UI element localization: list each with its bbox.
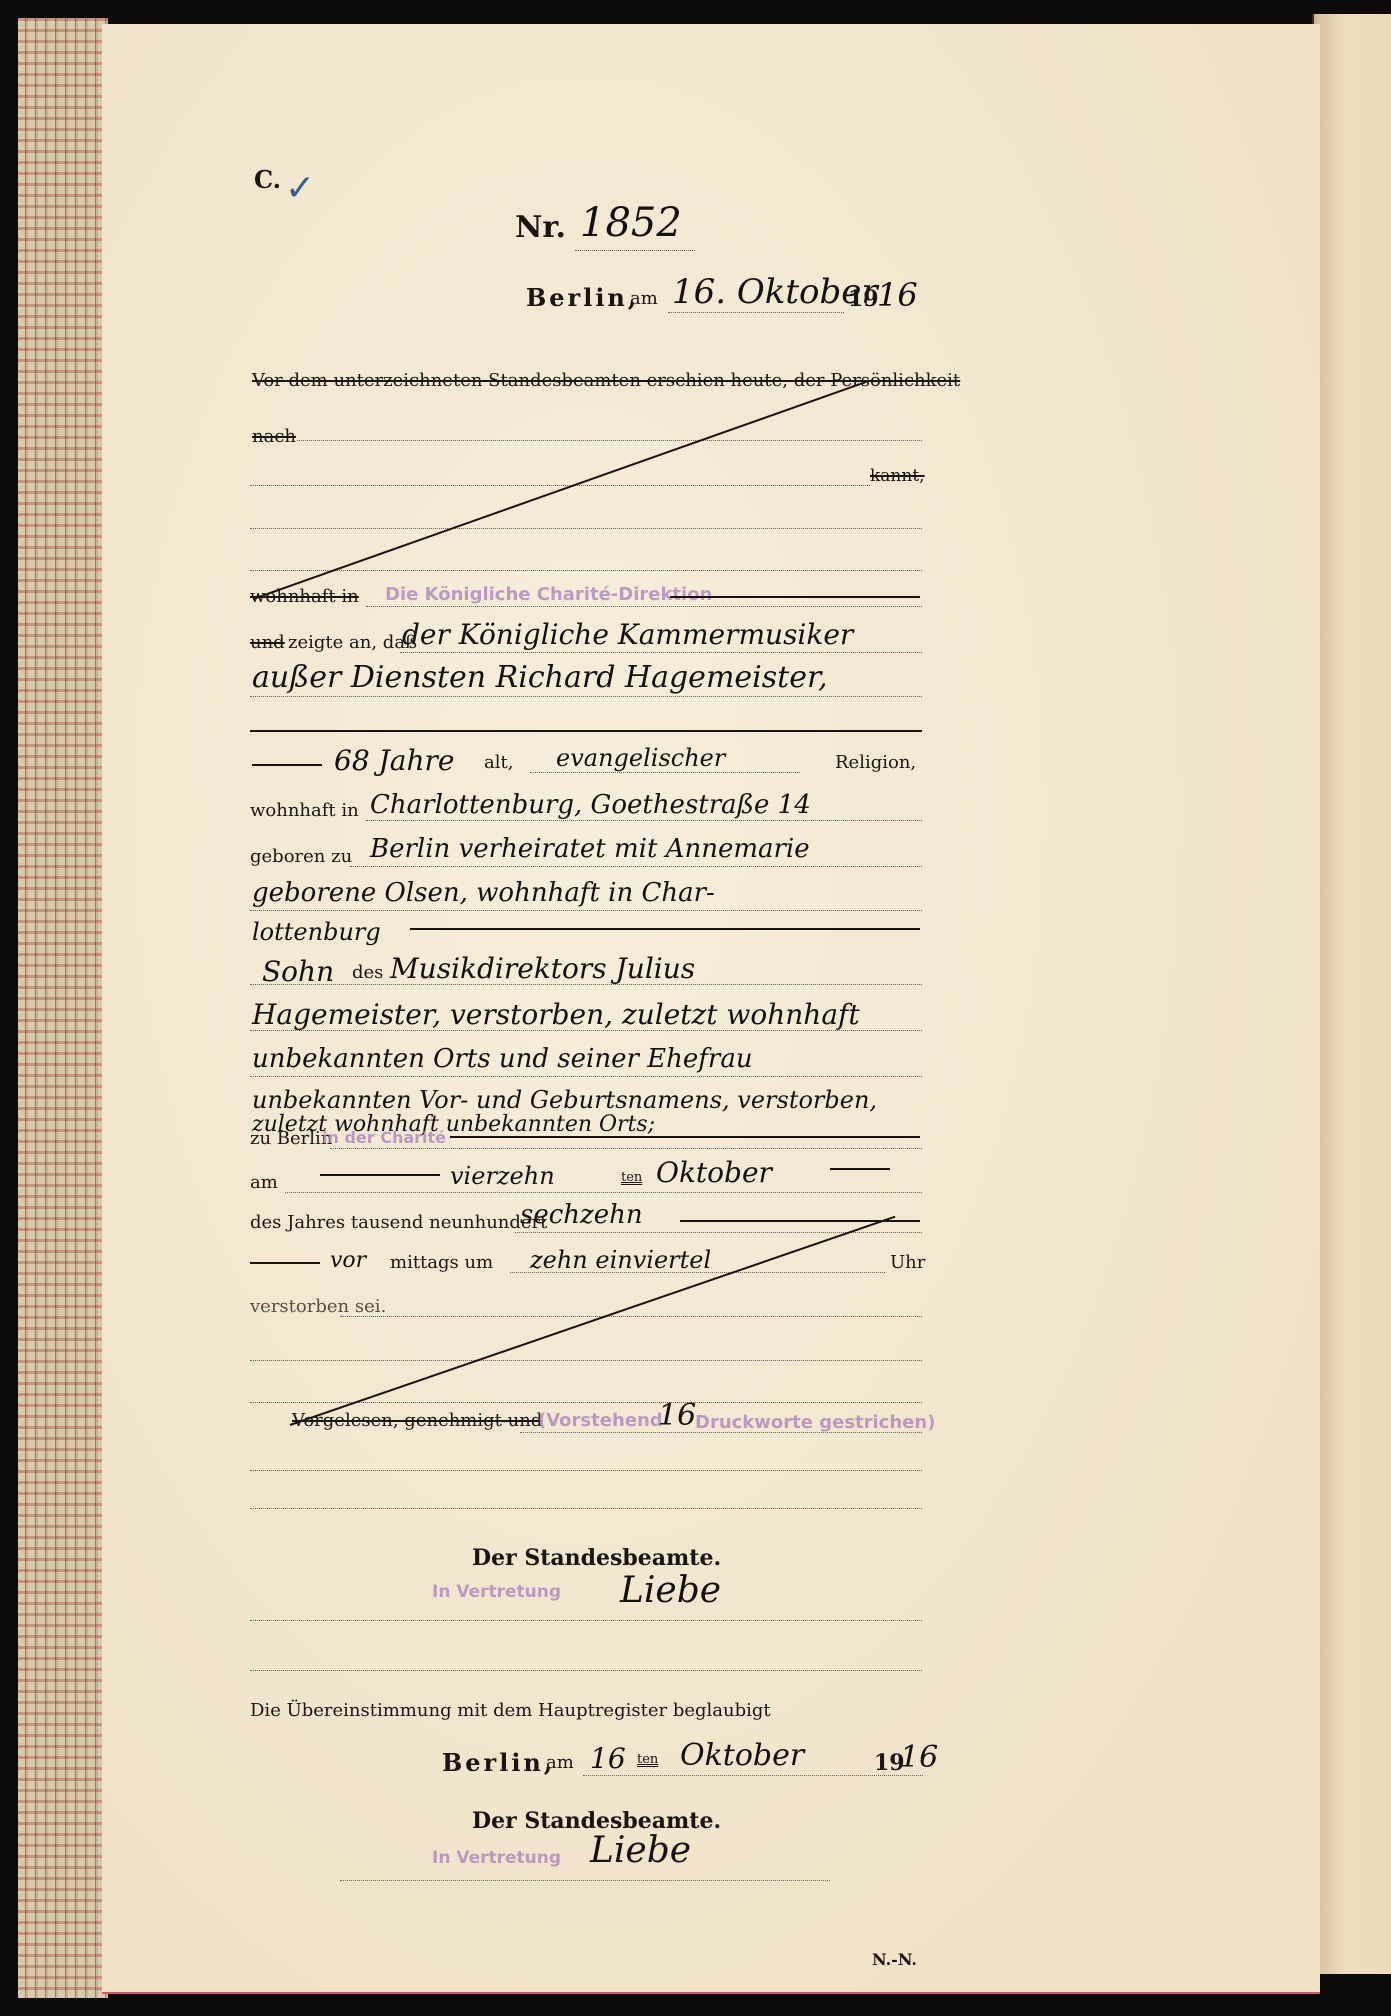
struck-wohnhaft: wohnhaft in xyxy=(250,586,359,607)
header-year-prefix: 19 xyxy=(848,286,879,312)
cert-place: Berlin, xyxy=(442,1748,555,1777)
registrar-signature: Liebe xyxy=(620,1570,721,1611)
certification-text: Die Übereinstimmung mit dem Hauptregiste… xyxy=(250,1700,771,1721)
year-label: des Jahres tausend neunhundert xyxy=(250,1212,547,1233)
number-label: Nr. xyxy=(515,210,566,245)
page-edges xyxy=(18,18,108,1998)
charite-place-stamp: in der Charité xyxy=(322,1128,446,1147)
fill-stroke xyxy=(252,764,322,766)
register-number: 1852 xyxy=(580,200,682,246)
deputy-stamp: In Vertretung xyxy=(432,1582,561,1602)
blank-line xyxy=(515,1232,922,1233)
death-day: vierzehn xyxy=(450,1162,555,1190)
deceased-address: Charlottenburg, Goethestraße 14 xyxy=(370,790,811,820)
struck-nach: nach xyxy=(252,426,296,447)
blank-line xyxy=(250,1360,922,1361)
fill-stroke xyxy=(410,928,920,930)
fill-stroke xyxy=(250,730,922,732)
blank-line xyxy=(250,1508,922,1509)
number-line xyxy=(575,250,695,251)
wohnhaft-label: wohnhaft in xyxy=(250,800,359,821)
fill-stroke xyxy=(250,1262,320,1264)
blank-line xyxy=(366,820,922,821)
blank-line xyxy=(250,910,922,911)
death-place-label: zu Berlin xyxy=(250,1128,332,1149)
header-place: Berlin, xyxy=(526,283,639,312)
header-date-line xyxy=(668,312,844,313)
strike-count-stamp-suffix: Druckworte gestrichen) xyxy=(695,1412,935,1433)
blank-line xyxy=(250,1076,922,1077)
alt-label: alt, xyxy=(484,752,513,773)
blank-line xyxy=(285,1192,922,1193)
mittags-label: mittags um xyxy=(390,1252,493,1273)
deceased-religion: evangelischer xyxy=(556,744,725,772)
time-prefix: vor xyxy=(330,1248,366,1273)
fill-stroke xyxy=(450,1136,920,1138)
struck-vorgelesen: Vorgelesen, genehmigt und xyxy=(292,1410,542,1431)
ten-label: ten xyxy=(621,1170,642,1185)
deputy-stamp-2: In Vertretung xyxy=(432,1848,561,1868)
death-year: sechzehn xyxy=(520,1200,643,1230)
birth-line1: Berlin verheiratet mit Annemarie xyxy=(370,834,810,864)
registrar-signature-2: Liebe xyxy=(590,1830,691,1871)
struck-preamble-line1: Vor dem unterzeichneten Standesbeamten e… xyxy=(252,370,960,391)
zeigte-label: zeigte an, daß xyxy=(288,632,417,653)
parents-line4: unbekannten Vor- und Geburtsnamens, vers… xyxy=(252,1086,877,1114)
blank-line xyxy=(330,1148,922,1149)
strike-count-stamp-prefix: (Vorstehend xyxy=(538,1410,663,1431)
informant-line1: der Königliche Kammermusiker xyxy=(402,618,853,651)
checkmark-icon: ✓ xyxy=(285,168,315,209)
parents-line2: Hagemeister, verstorben, zuletzt wohnhaf… xyxy=(252,998,860,1031)
section-letter: C. xyxy=(254,165,281,194)
facing-page xyxy=(1312,14,1391,1974)
cert-month: Oktober xyxy=(680,1738,804,1773)
blank-line xyxy=(250,1620,922,1621)
blank-line xyxy=(250,485,870,486)
charite-stamp: Die Königliche Charité-Direktion xyxy=(385,584,712,605)
form-code: N.-N. xyxy=(872,1950,917,1969)
blank-line xyxy=(340,1880,830,1881)
birth-line3: lottenburg xyxy=(252,918,381,946)
header-date: 16. Oktober xyxy=(672,272,878,312)
religion-label: Religion, xyxy=(835,752,916,773)
blank-line xyxy=(350,866,922,867)
struck-und: und xyxy=(250,632,285,653)
death-time: zehn einviertel xyxy=(530,1246,711,1274)
blank-line xyxy=(250,1470,922,1471)
fill-stroke xyxy=(320,1174,440,1176)
des-label: des xyxy=(352,962,383,983)
cert-ten-label: ten xyxy=(637,1752,658,1767)
blank-line xyxy=(366,606,922,607)
birth-line2: geborene Olsen, wohnhaft in Char- xyxy=(252,878,715,908)
fill-stroke xyxy=(830,1168,890,1170)
blank-line xyxy=(530,772,800,773)
am-label: am xyxy=(250,1172,278,1193)
geboren-label: geboren zu xyxy=(250,846,352,867)
verstorben-label: verstorben sei. xyxy=(250,1296,386,1317)
cert-day: 16 xyxy=(590,1742,626,1775)
registrar-title: Der Standesbeamte. xyxy=(472,1545,721,1571)
blank-line xyxy=(250,696,922,697)
parents-line3: unbekannten Orts und seiner Ehefrau xyxy=(252,1044,753,1074)
blank-line xyxy=(400,652,922,653)
blank-line xyxy=(250,528,922,529)
parents-line1: Musikdirektors Julius xyxy=(390,952,695,985)
blank-line xyxy=(250,1670,922,1671)
blank-line xyxy=(250,984,922,985)
blank-line xyxy=(250,1030,922,1031)
header-am: am xyxy=(630,288,658,309)
death-month: Oktober xyxy=(656,1156,772,1189)
uhr-label: Uhr xyxy=(890,1252,925,1273)
blank-line xyxy=(583,1775,923,1776)
header-year-suffix: 16 xyxy=(877,276,918,314)
struck-kannt: kannt, xyxy=(870,466,925,486)
blank-line xyxy=(297,440,922,441)
informant-line2: außer Diensten Richard Hagemeister, xyxy=(252,660,828,695)
strike-count: 16 xyxy=(658,1398,696,1433)
fill-stroke xyxy=(670,596,920,598)
blank-line xyxy=(340,1316,922,1317)
deceased-age: 68 Jahre xyxy=(334,744,454,777)
cert-am: am xyxy=(546,1752,574,1773)
cert-year-suffix: 16 xyxy=(900,1740,938,1775)
blank-line xyxy=(250,570,922,571)
